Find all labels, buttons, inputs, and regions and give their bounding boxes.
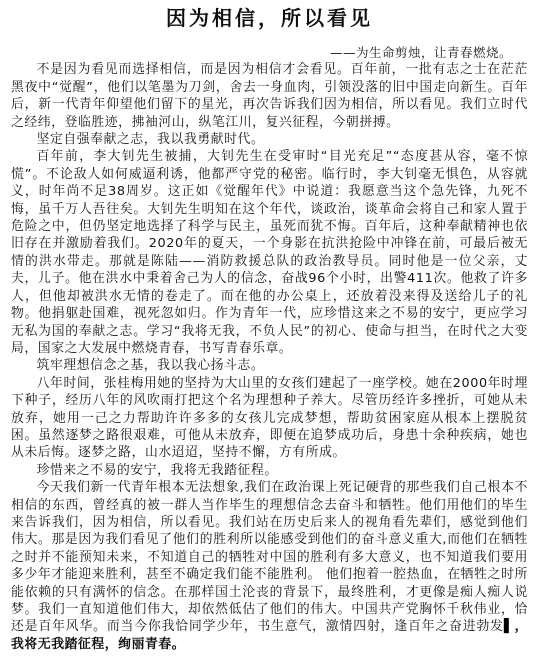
paragraph-conclusion: 今天我们新一代青年根本无法想象,我们在政治课上死记硬背的那些我们自己根本不相信的… [11,479,528,653]
paragraph-thesis-1: 坚定自强奉献之志，我以我勇献时代。 [11,131,528,148]
paragraph-thesis-3: 珍惜来之不易的安宁，我将无我踏征程。 [11,462,528,479]
paragraph-intro: 不是因为看见而选择相信，而是因为相信才会看见。百年前，一批有志之士在茫茫黑夜中“… [11,61,528,131]
text-cursor: ▌ [504,619,514,634]
paragraph-zhang-guimei: 八年时间，张桂梅用她的坚持为大山里的女孩们建起了一座学校。她在2000年时埋下种… [11,375,528,462]
document-subtitle: ——为生命剪烛，让青春燃烧。 [11,44,528,61]
document-title: 因为相信，所以看见 [11,5,528,31]
document-canvas[interactable]: 因为相信，所以看见 ——为生命剪烛，让青春燃烧。 不是因为看见而选择相信，而是因… [0,0,539,666]
paragraph-li-dazhao: 百年前，李大钊先生被捕，大钊先生在受审时“目光充足”“态度甚从容，毫不惊慌”。不… [11,148,528,357]
paragraph-conclusion-text: 今天我们新一代青年根本无法想象,我们在政治课上死记硬背的那些我们自己根本不相信的… [11,480,528,634]
paragraph-thesis-2: 筑牢理想信念之基，我以我心扬斗志。 [11,357,528,374]
